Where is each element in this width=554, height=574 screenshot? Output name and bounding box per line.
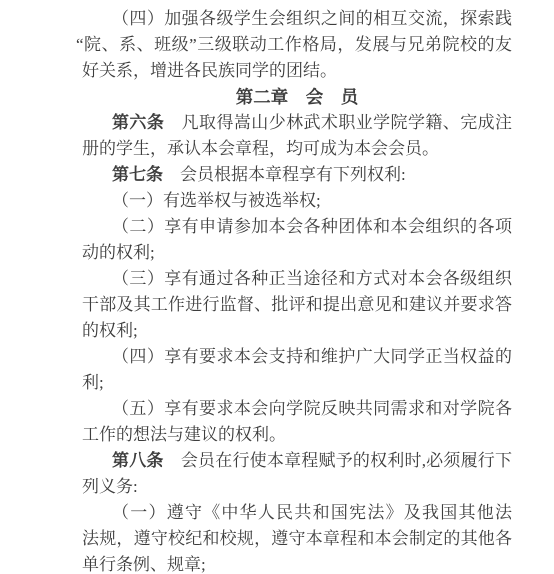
article-number: 第六条 — [112, 113, 164, 132]
text-line: （一）有选举权与被选举权; — [82, 188, 512, 214]
charter-text-block: （四）加强各级学生会组织之间的相互交流，探索践行“院、系、班级”三级联动工作格局… — [82, 6, 512, 574]
text-line: 列义务: — [82, 474, 512, 500]
article-number: 第八条 — [112, 451, 164, 470]
text-line: 法规，遵守校纪和校规，遵守本章程和本会制定的其他各项 — [82, 526, 512, 552]
text-line: 工作的想法与建议的权利。 — [82, 422, 512, 448]
text-line: 动的权利; — [82, 240, 512, 266]
text-line: 好关系，增进各民族同学的团结。 — [82, 58, 512, 84]
text-line: （一）遵守《中华人民共和国宪法》及我国其他法律、 — [82, 500, 512, 526]
text-line: （三）享有通过各种正当途径和方式对本会各级组织和 — [82, 266, 512, 292]
text-line: 册的学生，承认本会章程，均可成为本会会员。 — [82, 136, 512, 162]
text-line: （四）加强各级学生会组织之间的相互交流，探索践行 — [82, 6, 512, 32]
text-line: （五）享有要求本会向学院反映共同需求和对学院各项 — [82, 396, 512, 422]
text-line: 第八条 会员在行使本章程赋予的权利时,必须履行下 — [82, 448, 512, 474]
article-number: 第七条 — [112, 165, 163, 184]
text-line: 干部及其工作进行监督、批评和提出意见和建议并要求答复 — [82, 292, 512, 318]
article-text: 会员根据本章程享有下列权利: — [163, 165, 406, 184]
article-text: 会员在行使本章程赋予的权利时,必须履行下 — [164, 451, 512, 470]
text-line: 利; — [82, 370, 512, 396]
article-text: 凡取得嵩山少林武术职业学院学籍、完成注 — [164, 113, 512, 132]
text-line: 第七条 会员根据本章程享有下列权利: — [82, 162, 512, 188]
text-line: 的权利; — [82, 318, 512, 344]
text-line: （四）享有要求本会支持和维护广大同学正当权益的权 — [82, 344, 512, 370]
document-page: （四）加强各级学生会组织之间的相互交流，探索践行“院、系、班级”三级联动工作格局… — [0, 0, 554, 574]
text-line: “院、系、班级”三级联动工作格局，发展与兄弟院校的友 — [76, 32, 512, 58]
text-line: 第六条 凡取得嵩山少林武术职业学院学籍、完成注 — [82, 110, 512, 136]
chapter-heading: 第二章 会 员 — [82, 84, 512, 110]
text-line: 单行条例、规章; — [82, 552, 512, 574]
text-line: （二）享有申请参加本会各种团体和本会组织的各项活 — [82, 214, 512, 240]
